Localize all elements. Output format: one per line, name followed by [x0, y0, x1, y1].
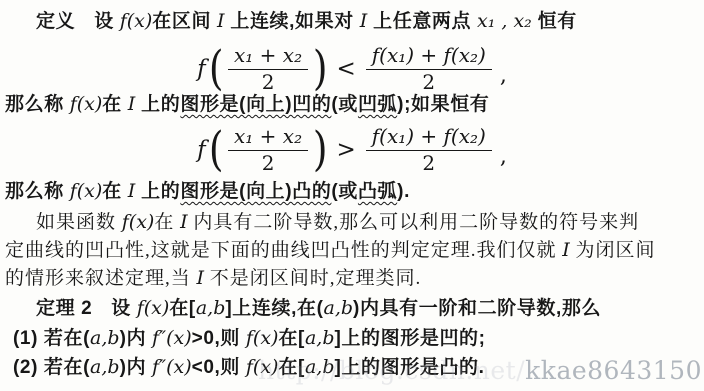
explanation-text: 定曲线的凹凸性,这就是下面的曲线凹凸性的判定定理.我们仅就 I 为闭区间	[5, 240, 656, 261]
text-run: 如果函数	[36, 212, 122, 233]
math-inline: f(x)	[122, 211, 155, 233]
fraction-numerator: f(x₁) + f(x₂)	[366, 125, 492, 151]
formula-comma: ,	[500, 144, 507, 179]
text-run: );如果恒有	[397, 94, 489, 115]
math-inline: f(x)	[246, 327, 279, 349]
theorem-item-1: (1) 若在(a,b)内 f″(x)>0,则 f(x)在[a,b]上的图形是凹的…	[13, 326, 486, 351]
math-inline: f(x)	[70, 180, 103, 202]
concave-condition-formula: f ( x₁ + x₂ 2 ) < f(x₁) + f(x₂) 2 ,	[0, 40, 704, 98]
explanation-line-1: 如果函数 f(x)在 I 内具有二阶导数,那么可以利用二阶导数的符号来判	[36, 210, 639, 235]
left-paren: (	[209, 47, 224, 90]
theorem-item-text: (2) 若在(a,b)内 f″(x)<0,则 f(x)在[a,b]上的图形是凸的…	[13, 357, 485, 378]
fraction-numerator: f(x₁) + f(x₂)	[366, 44, 492, 70]
theorem-label: 定理 2	[36, 298, 92, 319]
fraction-denominator: 2	[262, 70, 275, 95]
textbook-page: 定义设 f(x)在区间 I 上连续,如果对 I 上任意两点 x₁ , x₂ 恒有…	[0, 0, 704, 391]
watermark-id-text: kkae8643150	[525, 356, 702, 385]
math-inline: a,b	[90, 327, 120, 349]
text-run: )内	[120, 328, 152, 349]
fraction-denominator: 2	[262, 151, 275, 176]
explanation-text: 如果函数 f(x)在 I 内具有二阶导数,那么可以利用二阶导数的符号来判	[36, 212, 639, 233]
explanation-line-2: 定曲线的凹凸性,这就是下面的曲线凹凸性的判定定理.我们仅就 I 为闭区间	[5, 238, 656, 263]
math-inline: f″(x)	[152, 327, 192, 349]
convex-condition-formula: f ( x₁ + x₂ 2 ) > f(x₁) + f(x₂) 2 ,	[0, 121, 704, 179]
math-inline: f(x)	[70, 93, 103, 115]
text-run: ]上的图形是凸的.	[335, 357, 485, 378]
math-inline: f(x)	[120, 10, 153, 32]
wavy-underlined-text: 图形是(向上)凸的	[180, 181, 331, 202]
text-run: 内具有二阶导数,那么可以利用二阶导数的符号来判	[188, 212, 640, 233]
text-run: 不是闭区间时,定理类同.	[204, 268, 421, 289]
text-run: )内具有一阶和二阶导数,那么	[353, 298, 601, 319]
left-paren: (	[209, 128, 224, 171]
function-symbol: f	[197, 137, 206, 163]
less-than-sign: <	[336, 56, 355, 82]
text-run: 在区间	[152, 11, 217, 32]
formula-comma: ,	[500, 63, 507, 98]
math-inline: I	[197, 267, 205, 289]
explanation-text: 的情形来叙述定理,当 I 不是闭区间时,定理类同.	[5, 268, 421, 289]
math-inline: f″(x)	[152, 356, 192, 378]
text-run: (或	[331, 94, 358, 115]
text-run: ]上的图形是凹的;	[335, 328, 486, 349]
explanation-line-3: 的情形来叙述定理,当 I 不是闭区间时,定理类同.	[5, 266, 421, 291]
text-run: (1) 若在(	[13, 328, 90, 349]
text-run: 上连续,如果对	[224, 11, 359, 32]
text-run: 在[	[169, 298, 196, 319]
math-inline: I	[180, 211, 188, 233]
math-inline: a,b	[305, 356, 335, 378]
wavy-underlined-text: 凹弧	[358, 94, 397, 115]
text-run: 在	[102, 181, 127, 202]
theorem-intro-line: 定理 2设 f(x)在[a,b]上连续,在(a,b)内具有一阶和二阶导数,那么	[36, 296, 601, 321]
math-inline: a,b	[305, 327, 335, 349]
math-inline: x₁ , x₂	[477, 10, 532, 32]
definition-intro-text: 设 f(x)在区间 I 上连续,如果对 I 上任意两点 x₁ , x₂ 恒有	[94, 11, 577, 32]
function-symbol: f	[197, 56, 206, 82]
math-inline: a,b	[324, 297, 354, 319]
text-run: 上任意两点	[367, 11, 477, 32]
math-inline: f(x)	[246, 356, 279, 378]
wavy-underlined-text: 图形是(向上)凹的	[180, 94, 331, 115]
midpoint-fraction: x₁ + x₂ 2	[228, 44, 308, 94]
text-run: (2) 若在(	[13, 357, 90, 378]
text-run: 为闭区间	[570, 240, 656, 261]
text-run: ).	[397, 181, 410, 202]
math-inline: a,b	[90, 356, 120, 378]
math-inline: f(x)	[137, 297, 170, 319]
greater-than-sign: >	[336, 137, 355, 163]
theorem-item-text: (1) 若在(a,b)内 f″(x)>0,则 f(x)在[a,b]上的图形是凹的…	[13, 328, 486, 349]
concave-naming-line: 那么称 f(x)在 I 上的图形是(向上)凹的(或凹弧);如果恒有	[5, 92, 489, 117]
text-run: <0,则	[192, 357, 246, 378]
text-run: 在[	[278, 357, 305, 378]
text-run: (或	[331, 181, 358, 202]
wavy-underlined-text: 凸弧	[358, 181, 397, 202]
concave-naming-text: 那么称 f(x)在 I 上的图形是(向上)凹的(或凹弧);如果恒有	[5, 94, 489, 115]
text-run: 那么称	[5, 181, 70, 202]
mean-value-fraction: f(x₁) + f(x₂) 2	[366, 125, 492, 175]
fraction-numerator: x₁ + x₂	[228, 44, 308, 70]
convex-naming-text: 那么称 f(x)在 I 上的图形是(向上)凸的(或凸弧).	[5, 181, 410, 202]
right-paren: )	[313, 128, 328, 171]
text-run: 设	[94, 11, 119, 32]
text-run: >0,则	[192, 328, 246, 349]
text-run: 设	[111, 298, 136, 319]
text-run: )内	[120, 357, 152, 378]
text-run: 的情形来叙述定理,当	[5, 268, 197, 289]
theorem-item-2: (2) 若在(a,b)内 f″(x)<0,则 f(x)在[a,b]上的图形是凸的…	[13, 355, 485, 380]
fraction-denominator: 2	[422, 70, 435, 95]
text-run: 定曲线的凹凸性,这就是下面的曲线凹凸性的判定定理.我们仅就	[5, 240, 562, 261]
text-run: 在[	[278, 328, 305, 349]
text-run: 在	[102, 94, 127, 115]
fraction-numerator: x₁ + x₂	[228, 125, 308, 151]
text-run: 上的	[135, 181, 180, 202]
right-paren: )	[313, 47, 328, 90]
definition-label: 定义	[36, 11, 75, 32]
midpoint-fraction: x₁ + x₂ 2	[228, 125, 308, 175]
text-run: 恒有	[532, 11, 577, 32]
text-run: ]上连续,在(	[225, 298, 323, 319]
text-run: 那么称	[5, 94, 70, 115]
text-run: 在	[154, 212, 180, 233]
mean-value-fraction: f(x₁) + f(x₂) 2	[366, 44, 492, 94]
convex-naming-line: 那么称 f(x)在 I 上的图形是(向上)凸的(或凸弧).	[5, 179, 410, 204]
fraction-denominator: 2	[422, 151, 435, 176]
math-inline: a,b	[196, 297, 226, 319]
theorem-intro-text: 设 f(x)在[a,b]上连续,在(a,b)内具有一阶和二阶导数,那么	[111, 298, 601, 319]
definition-intro-line: 定义设 f(x)在区间 I 上连续,如果对 I 上任意两点 x₁ , x₂ 恒有	[36, 9, 577, 34]
math-inline: I	[562, 239, 570, 261]
text-run: 上的	[135, 94, 180, 115]
